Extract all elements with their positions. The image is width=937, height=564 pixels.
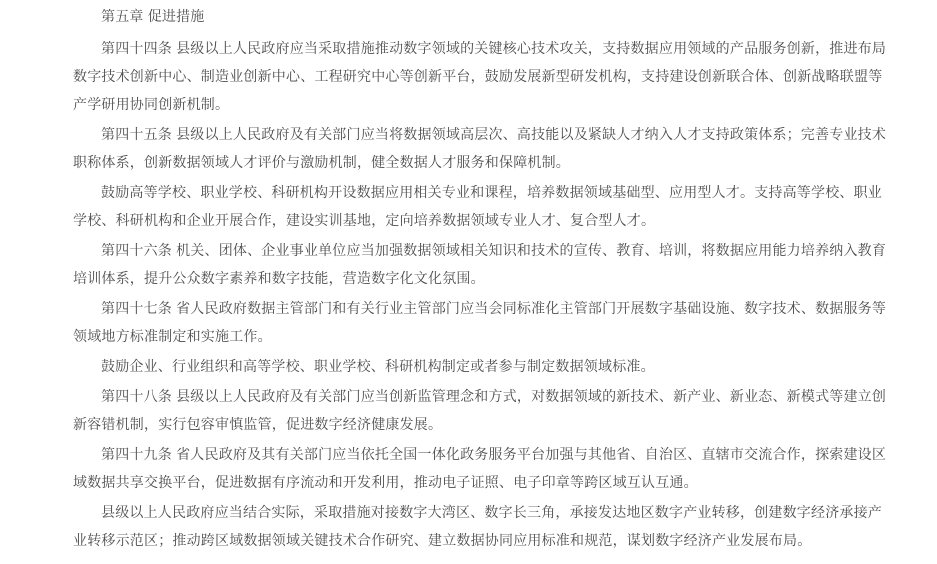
document-page: 第五章 促进措施 第四十四条 县级以上人民政府应当采取措施推动数字领域的关键核心… xyxy=(0,0,895,554)
paragraph-article-49: 第四十九条 省人民政府及其有关部门应当依托全国一体化政务服务平台加强与其他省、自… xyxy=(73,440,895,496)
paragraph-article-48: 第四十八条 县级以上人民政府及有关部门应当创新监管理念和方式，对数据领域的新技术… xyxy=(73,382,895,438)
paragraph-article-47: 第四十七条 省人民政府数据主管部门和有关行业主管部门应当会同标准化主管部门开展数… xyxy=(73,294,895,350)
chapter-heading: 第五章 促进措施 xyxy=(73,2,895,30)
paragraph-article-47-para-2: 鼓励企业、行业组织和高等学校、职业学校、科研机构制定或者参与制定数据领域标准。 xyxy=(73,352,895,380)
paragraph-article-45-para-2: 鼓励高等学校、职业学校、科研机构开设数据应用相关专业和课程，培养数据领域基础型、… xyxy=(73,178,895,234)
paragraph-article-45: 第四十五条 县级以上人民政府及有关部门应当将数据领域高层次、高技能以及紧缺人才纳… xyxy=(73,120,895,176)
paragraph-article-49-para-2: 县级以上人民政府应当结合实际，采取措施对接数字大湾区、数字长三角，承接发达地区数… xyxy=(73,498,895,554)
paragraph-article-46: 第四十六条 机关、团体、企业事业单位应当加强数据领域相关知识和技术的宣传、教育、… xyxy=(73,236,895,292)
paragraph-article-44: 第四十四条 县级以上人民政府应当采取措施推动数字领域的关键核心技术攻关，支持数据… xyxy=(73,34,895,118)
